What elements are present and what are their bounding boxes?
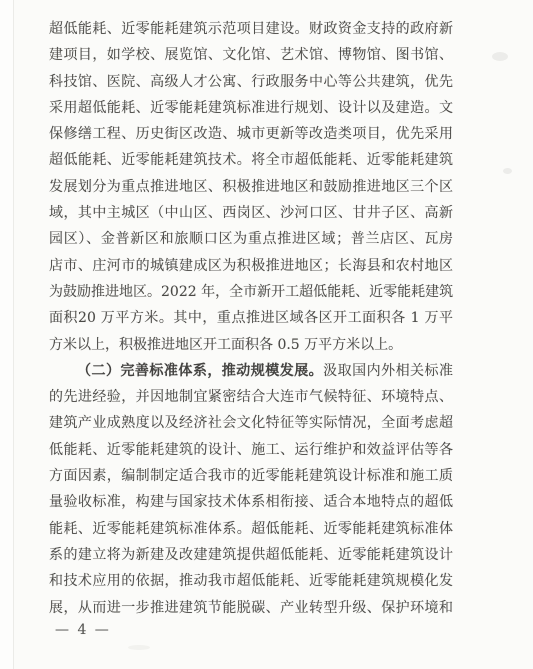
scan-artifact — [492, 52, 508, 61]
text-line: 低能耗、近零能耗建筑的设计、施工、运行维护和效益评估等各 — [49, 437, 453, 463]
text-line: 方面因素，编制制定适合我市的近零能耗建筑设计标准和施工质 — [49, 463, 453, 489]
text-line: 和技术应用的依据，推动我市超低能耗、近零能耗建筑规模化发 — [49, 568, 453, 594]
body-text: 发展划分为重点推进地区、积极推进地区和鼓励推进地区三个区 — [49, 179, 453, 195]
body-text: 超低能耗、近零能耗建筑技术。将全市超低能耗、近零能耗建筑 — [49, 152, 453, 168]
text-line: 方米以上，积极推进地区开工面积各 0.5 万平方米以上。 — [49, 332, 453, 358]
text-line: 的先进经验，并因地制宜紧密结合大连市气候特征、环境特点、 — [49, 384, 453, 410]
page-edge-line — [13, 0, 14, 669]
body-text: 为鼓励推进地区。2022 年，全市新开工超低能耗、近零能耗建筑 — [49, 284, 453, 300]
body-text: 系的建立将为新建及改建建筑提供超低能耗、近零能耗建筑设计 — [49, 547, 453, 563]
body-text: 和技术应用的依据，推动我市超低能耗、近零能耗建筑规模化发 — [49, 573, 453, 589]
text-line: 科技馆、医院、高级人才公寓、行政服务中心等公共建筑，优先 — [49, 69, 453, 95]
body-text: 面积20 万平方米。其中，重点推进区域各区开工面积各 1 万平 — [49, 310, 453, 326]
text-line: 建筑产业成熟度以及经济社会文化特征等实际情况，全面考虑超 — [49, 410, 453, 436]
body-text: 采用超低能耗、近零能耗建筑标准进行规划、设计以及建造。文 — [49, 100, 453, 116]
text-line: 面积20 万平方米。其中，重点推进区域各区开工面积各 1 万平 — [49, 305, 453, 331]
body-text: 店市、庄河市的城镇建成区为积极推进地区；长海县和农村地区 — [49, 258, 453, 274]
text-block: 超低能耗、近零能耗建筑示范项目建设。财政资金支持的政府新建项目，如学校、展览馆、… — [49, 16, 453, 621]
body-text: 量验收标准，构建与国家技术体系相衔接、适合本地特点的超低 — [49, 494, 453, 510]
body-text: 园区）、金普新区和旅顺口区为重点推进区域；普兰店区、瓦房 — [49, 231, 453, 247]
text-line: 采用超低能耗、近零能耗建筑标准进行规划、设计以及建造。文 — [49, 95, 453, 121]
body-text: 保修缮工程、历史街区改造、城市更新等改造类项目，优先采用 — [49, 126, 453, 142]
body-text: 低能耗、近零能耗建筑的设计、施工、运行维护和效益评估等各 — [49, 442, 453, 458]
text-line: 展，从而进一步推进建筑节能脱碳、产业转型升级、保护环境和 — [49, 595, 453, 621]
body-text: 的先进经验，并因地制宜紧密结合大连市气候特征、环境特点、 — [49, 389, 453, 405]
section-heading-text: （二）完善标准体系，推动规模发展。 — [77, 363, 323, 379]
text-line: 发展划分为重点推进地区、积极推进地区和鼓励推进地区三个区 — [49, 174, 453, 200]
scanned-document-page: 超低能耗、近零能耗建筑示范项目建设。财政资金支持的政府新建项目，如学校、展览馆、… — [0, 0, 533, 669]
body-text: 建项目，如学校、展览馆、文化馆、艺术馆、博物馆、图书馆、 — [49, 47, 453, 63]
body-text: 汲取国内外相关标准 — [323, 363, 453, 379]
text-line: 保修缮工程、历史街区改造、城市更新等改造类项目，优先采用 — [49, 121, 453, 147]
body-text: 建筑产业成熟度以及经济社会文化特征等实际情况，全面考虑超 — [49, 415, 453, 431]
text-line: 超低能耗、近零能耗建筑示范项目建设。财政资金支持的政府新 — [49, 16, 453, 42]
body-text: 域，其中主城区（中山区、西岗区、沙河口区、甘井子区、高新 — [49, 205, 453, 221]
body-text: 展，从而进一步推进建筑节能脱碳、产业转型升级、保护环境和 — [49, 600, 453, 616]
body-text: 方面因素，编制制定适合我市的近零能耗建筑设计标准和施工质 — [49, 468, 453, 484]
text-line: 店市、庄河市的城镇建成区为积极推进地区；长海县和农村地区 — [49, 253, 453, 279]
body-text: 能耗、近零能耗建筑标准体系。超低能耗、近零能耗建筑标准体 — [49, 521, 453, 537]
text-line: 能耗、近零能耗建筑标准体系。超低能耗、近零能耗建筑标准体 — [49, 516, 453, 542]
page-number: — 4 — — [55, 621, 111, 639]
scan-artifact — [128, 645, 150, 650]
text-line: 系的建立将为新建及改建建筑提供超低能耗、近零能耗建筑设计 — [49, 542, 453, 568]
scan-artifact — [503, 168, 512, 174]
text-line: 量验收标准，构建与国家技术体系相衔接、适合本地特点的超低 — [49, 489, 453, 515]
text-line: 园区）、金普新区和旅顺口区为重点推进区域；普兰店区、瓦房 — [49, 226, 453, 252]
text-line: 超低能耗、近零能耗建筑技术。将全市超低能耗、近零能耗建筑 — [49, 147, 453, 173]
text-line: （二）完善标准体系，推动规模发展。汲取国内外相关标准 — [49, 358, 453, 384]
text-line: 域，其中主城区（中山区、西岗区、沙河口区、甘井子区、高新 — [49, 200, 453, 226]
text-line: 建项目，如学校、展览馆、文化馆、艺术馆、博物馆、图书馆、 — [49, 42, 453, 68]
body-text: 方米以上，积极推进地区开工面积各 0.5 万平方米以上。 — [49, 337, 402, 353]
text-line: 为鼓励推进地区。2022 年，全市新开工超低能耗、近零能耗建筑 — [49, 279, 453, 305]
body-text: 超低能耗、近零能耗建筑示范项目建设。财政资金支持的政府新 — [49, 21, 453, 37]
body-text: 科技馆、医院、高级人才公寓、行政服务中心等公共建筑，优先 — [49, 74, 453, 90]
